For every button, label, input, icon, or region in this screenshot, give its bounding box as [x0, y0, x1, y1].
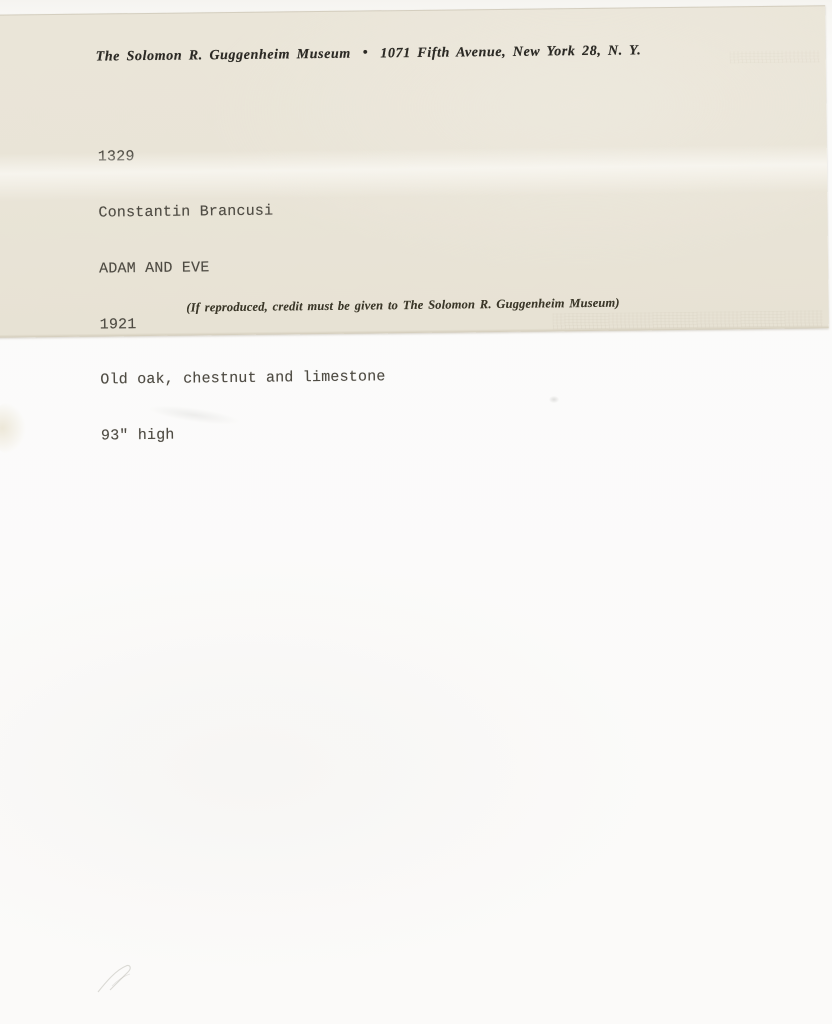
paper-speck [549, 396, 559, 403]
card-fabric-texture [553, 310, 823, 329]
museum-name: The Solomon R. Guggenheim Museum [96, 47, 351, 65]
scan-page: The Solomon R. Guggenheim Museum•1071 Fi… [0, 0, 832, 1024]
letterhead: The Solomon R. Guggenheim Museum•1071 Fi… [96, 43, 642, 65]
paper-blotch [0, 402, 26, 454]
catalog-number: 1329 [98, 145, 383, 167]
artwork-title: ADAM AND EVE [99, 257, 384, 279]
museum-address: 1071 Fifth Avenue, New York 28, N. Y. [380, 43, 641, 61]
artwork-medium: Old oak, chestnut and limestone [100, 369, 385, 391]
pencil-smudge [92, 952, 152, 1000]
bullet-separator-icon: • [363, 45, 369, 61]
artwork-date: 1921 [100, 313, 385, 335]
artist-name: Constantin Brancusi [98, 201, 383, 223]
caption-card: The Solomon R. Guggenheim Museum•1071 Fi… [0, 5, 829, 337]
card-fabric-texture-corner [730, 50, 820, 63]
artwork-dimensions: 93" high [101, 424, 386, 446]
typed-caption: 1329 Constantin Brancusi ADAM AND EVE 19… [97, 108, 386, 483]
